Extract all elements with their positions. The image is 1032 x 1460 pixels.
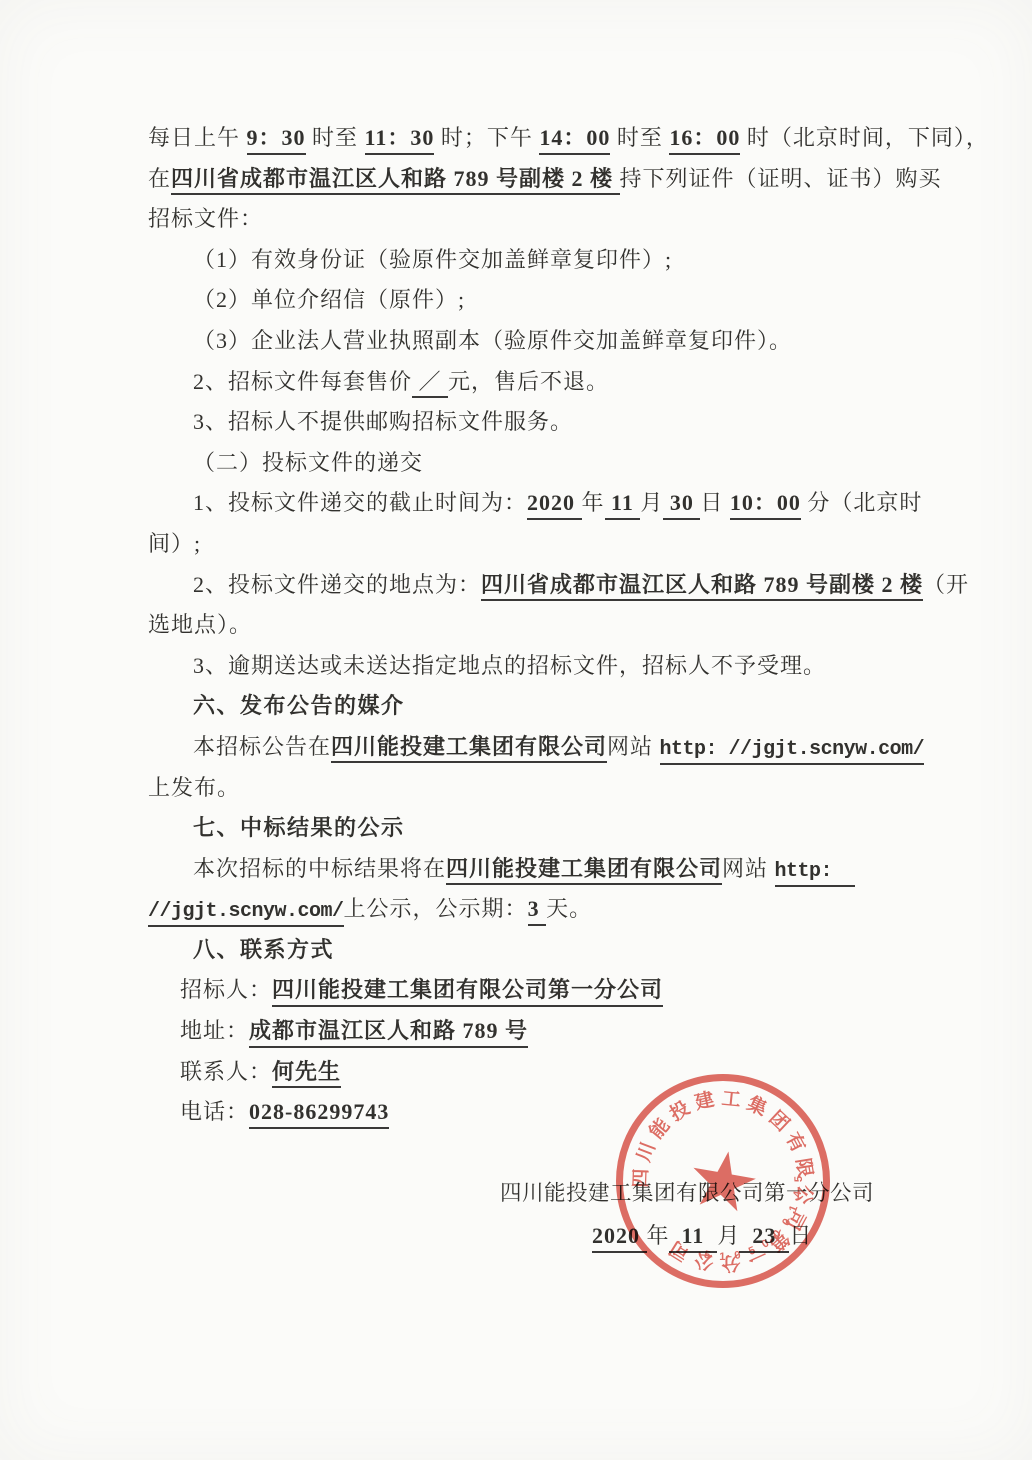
- text-segment: 时至: [610, 124, 669, 152]
- text-segment: 2、投标文件递交的地点为：: [193, 571, 481, 599]
- text-segment: 招标文件：: [148, 205, 263, 233]
- text-segment: http:: [775, 859, 856, 887]
- text-segment: 上公示，公示期：: [344, 895, 528, 923]
- text-segment: 年: [582, 489, 605, 517]
- text-segment: 网站: [722, 855, 775, 883]
- doc-line: 2、投标文件递交的地点为：四川省成都市温江区人和路 789 号副楼 2 楼（开: [148, 565, 893, 606]
- text-segment: 间）;: [148, 530, 201, 558]
- doc-line: （2）单位介绍信（原件）;: [148, 280, 893, 321]
- text-segment: 月: [717, 1222, 739, 1250]
- text-segment: 四川能投建工集团有限公司: [446, 855, 722, 886]
- doc-line: （二）投标文件的递交: [148, 443, 893, 484]
- doc-line: 1、投标文件递交的截止时间为：2020 年 11 月 30 日 10：00 分（…: [148, 483, 893, 524]
- text-segment: 选地点）。: [148, 611, 252, 639]
- document-body: 每日上午 9：30 时至 11：30 时；下午 14：00 时至 16：00 时…: [148, 118, 893, 1133]
- text-segment: 时（北京时间，下同），: [740, 124, 989, 152]
- text-segment: //jgjt.scnyw.com/: [148, 899, 344, 927]
- text-segment: 月: [640, 489, 663, 517]
- doc-line: 本招标公告在四川能投建工集团有限公司网站 http: //jgjt.scnyw.…: [148, 727, 893, 768]
- text-segment: 四川能投建工集团有限公司: [331, 733, 607, 764]
- text-segment: 本招标公告在: [193, 733, 331, 761]
- text-segment: 10：00: [730, 489, 801, 520]
- doc-line: 电话：028-86299743: [148, 1092, 893, 1133]
- text-segment: 本次招标的中标结果将在: [193, 855, 446, 883]
- doc-line: 每日上午 9：30 时至 11：30 时；下午 14：00 时至 16：00 时…: [148, 118, 893, 159]
- text-segment: 七、中标结果的公示: [193, 814, 405, 842]
- text-segment: 11：30: [365, 124, 435, 155]
- doc-line: 招标文件：: [148, 199, 893, 240]
- doc-line: 七、中标结果的公示: [148, 808, 893, 849]
- text-segment: 028-86299743: [249, 1098, 389, 1129]
- text-segment: 四川省成都市温江区人和路 789 号副楼 2 楼: [481, 571, 923, 602]
- doc-line: 间）;: [148, 524, 893, 565]
- text-segment: ／: [412, 368, 448, 399]
- doc-line: （3）企业法人营业执照副本（验原件交加盖鲜章复印件）。: [148, 321, 893, 362]
- text-segment: 四川能投建工集团有限公司第一分公司: [272, 976, 663, 1007]
- text-segment: 9：30: [247, 124, 306, 155]
- text-segment: 11: [605, 489, 641, 520]
- signature-date: 2020 年 11 月 23 日: [592, 1222, 900, 1253]
- text-segment: 分（北京时: [801, 489, 923, 517]
- text-segment: （开: [923, 571, 969, 599]
- text-segment: 上发布。: [148, 774, 240, 802]
- doc-line: 3、逾期送达或未送达指定地点的招标文件，招标人不予受理。: [148, 646, 893, 687]
- doc-line: （1）有效身份证（验原件交加盖鲜章复印件）;: [148, 240, 893, 281]
- text-segment: 成都市温江区人和路 789 号: [249, 1017, 528, 1048]
- text-segment: 3: [528, 895, 547, 926]
- text-segment: 3、招标人不提供邮购招标文件服务。: [193, 408, 573, 436]
- text-segment: （2）单位介绍信（原件）;: [193, 286, 465, 314]
- text-segment: 23: [739, 1222, 789, 1253]
- doc-line: 上发布。: [148, 768, 893, 809]
- doc-line: 选地点）。: [148, 605, 893, 646]
- text-segment: 地址：: [180, 1017, 249, 1045]
- text-segment: 招标人：: [180, 976, 272, 1004]
- text-segment: http: //jgjt.scnyw.com/: [660, 737, 925, 765]
- text-segment: 联系人：: [180, 1058, 272, 1086]
- text-segment: 日: [789, 1222, 811, 1250]
- text-segment: 2、招标文件每套售价: [193, 368, 412, 396]
- text-segment: 2020: [592, 1222, 647, 1253]
- doc-line: 3、招标人不提供邮购招标文件服务。: [148, 402, 893, 443]
- text-segment: 时至: [306, 124, 365, 152]
- text-segment: 何先生: [272, 1058, 341, 1089]
- text-segment: 每日上午: [148, 124, 247, 152]
- text-segment: 元，售后不退。: [448, 368, 609, 396]
- signature-block: 四川能投建工集团有限公司第一分公司 2020 年 11 月 23 日: [500, 1180, 900, 1253]
- doc-line: 本次招标的中标结果将在四川能投建工集团有限公司网站 http:: [148, 849, 893, 890]
- text-segment: 电话：: [180, 1098, 249, 1126]
- text-segment: 16：00: [669, 124, 740, 155]
- text-segment: 日: [700, 489, 730, 517]
- doc-line: 招标人：四川能投建工集团有限公司第一分公司: [148, 970, 893, 1011]
- text-segment: 八、联系方式: [193, 936, 334, 964]
- text-segment: （二）投标文件的递交: [193, 449, 423, 477]
- text-segment: 时；下午: [434, 124, 539, 152]
- text-segment: 四川省成都市温江区人和路 789 号副楼 2 楼: [171, 165, 620, 196]
- signature-company: 四川能投建工集团有限公司第一分公司: [500, 1180, 900, 1206]
- doc-line: 地址：成都市温江区人和路 789 号: [148, 1011, 893, 1052]
- text-segment: （3）企业法人营业执照副本（验原件交加盖鲜章复印件）。: [193, 327, 792, 355]
- text-segment: 网站: [607, 733, 660, 761]
- doc-line: 2、招标文件每套售价 ／ 元，售后不退。: [148, 362, 893, 403]
- doc-line: 联系人：何先生: [148, 1052, 893, 1093]
- text-segment: 2020: [527, 489, 582, 520]
- text-segment: 六、发布公告的媒介: [193, 692, 405, 720]
- doc-line: 八、联系方式: [148, 930, 893, 971]
- text-segment: （1）有效身份证（验原件交加盖鲜章复印件）;: [193, 246, 672, 274]
- text-segment: 持下列证件（证明、证书）购买: [620, 165, 942, 193]
- document-page: 每日上午 9：30 时至 11：30 时；下午 14：00 时至 16：00 时…: [0, 0, 1032, 1460]
- doc-line: 在四川省成都市温江区人和路 789 号副楼 2 楼 持下列证件（证明、证书）购买: [148, 159, 893, 200]
- text-segment: 30: [663, 489, 700, 520]
- text-segment: 1、投标文件递交的截止时间为：: [193, 489, 527, 517]
- text-segment: 天。: [546, 895, 592, 923]
- text-segment: 3、逾期送达或未送达指定地点的招标文件，招标人不予受理。: [193, 652, 826, 680]
- text-segment: 年: [647, 1222, 669, 1250]
- text-segment: 在: [148, 165, 171, 193]
- doc-line: 六、发布公告的媒介: [148, 686, 893, 727]
- text-segment: 14：00: [539, 124, 610, 155]
- doc-line: //jgjt.scnyw.com/上公示，公示期：3 天。: [148, 889, 893, 930]
- text-segment: 11: [669, 1222, 718, 1253]
